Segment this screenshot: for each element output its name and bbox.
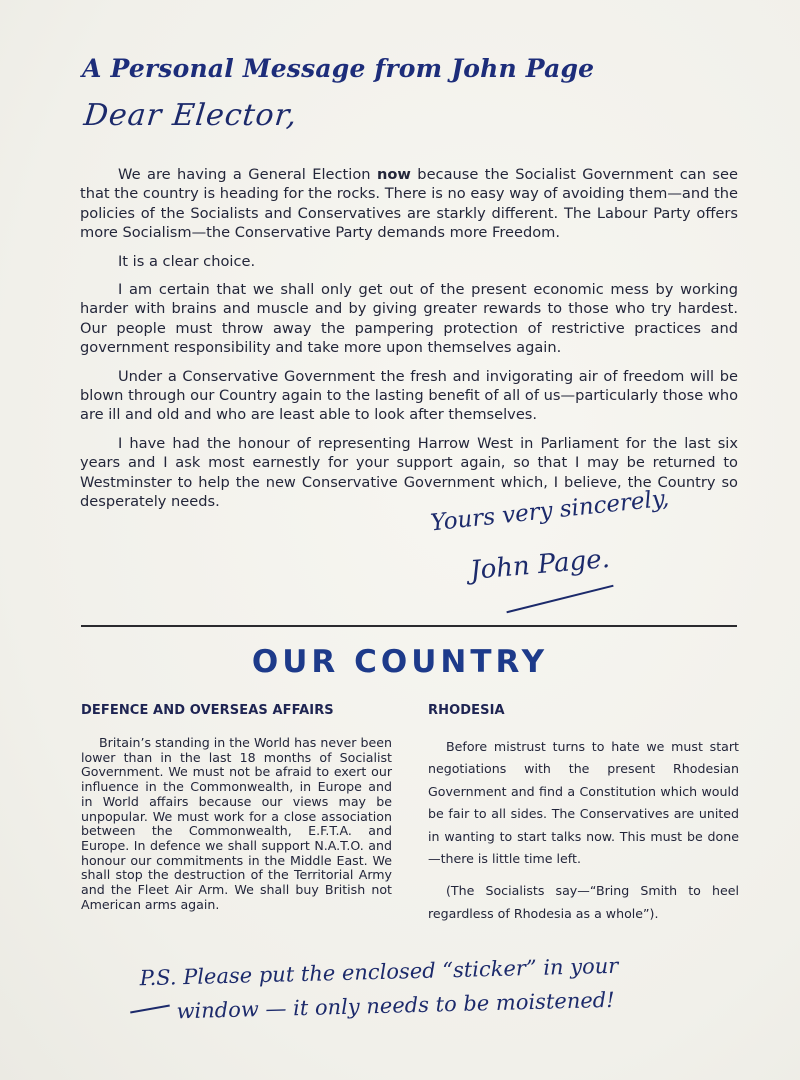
section-divider [81,625,737,627]
signature-underline [506,585,613,614]
letter-paragraph: It is a clear choice. [80,252,738,271]
column-paragraph: Before mistrust turns to hate we must st… [428,736,739,870]
emphasis-now: now [377,166,411,183]
handwritten-postscript: P.S. Please put the enclosed “sticker” i… [139,949,619,1030]
letter-body: We are having a General Election now bec… [80,165,738,521]
column-paragraph: Britain’s standing in the World has neve… [81,736,392,912]
column-defence: Britain’s standing in the World has neve… [81,736,392,912]
handwritten-salutation: Dear Elector, [82,98,299,133]
column-rhodesia: Before mistrust turns to hate we must st… [428,736,739,925]
leaflet-page: A Personal Message from John Page Dear E… [0,0,800,1080]
column-paragraph: (The Socialists say—“Bring Smith to heel… [428,880,739,925]
column-heading-rhodesia: RHODESIA [428,703,505,718]
handwritten-signature: John Page. [469,544,611,586]
column-heading-defence: DEFENCE AND OVERSEAS AFFAIRS [81,703,334,718]
letter-paragraph: We are having a General Election now bec… [80,165,738,243]
letter-paragraph: I am certain that we shall only get out … [80,280,738,358]
letter-title: A Personal Message from John Page [82,54,722,83]
section-title: OUR COUNTRY [0,644,800,680]
letter-paragraph: Under a Conservative Government the fres… [80,367,738,425]
postscript-line-2: window — it only needs to be moistened! [140,983,620,1030]
